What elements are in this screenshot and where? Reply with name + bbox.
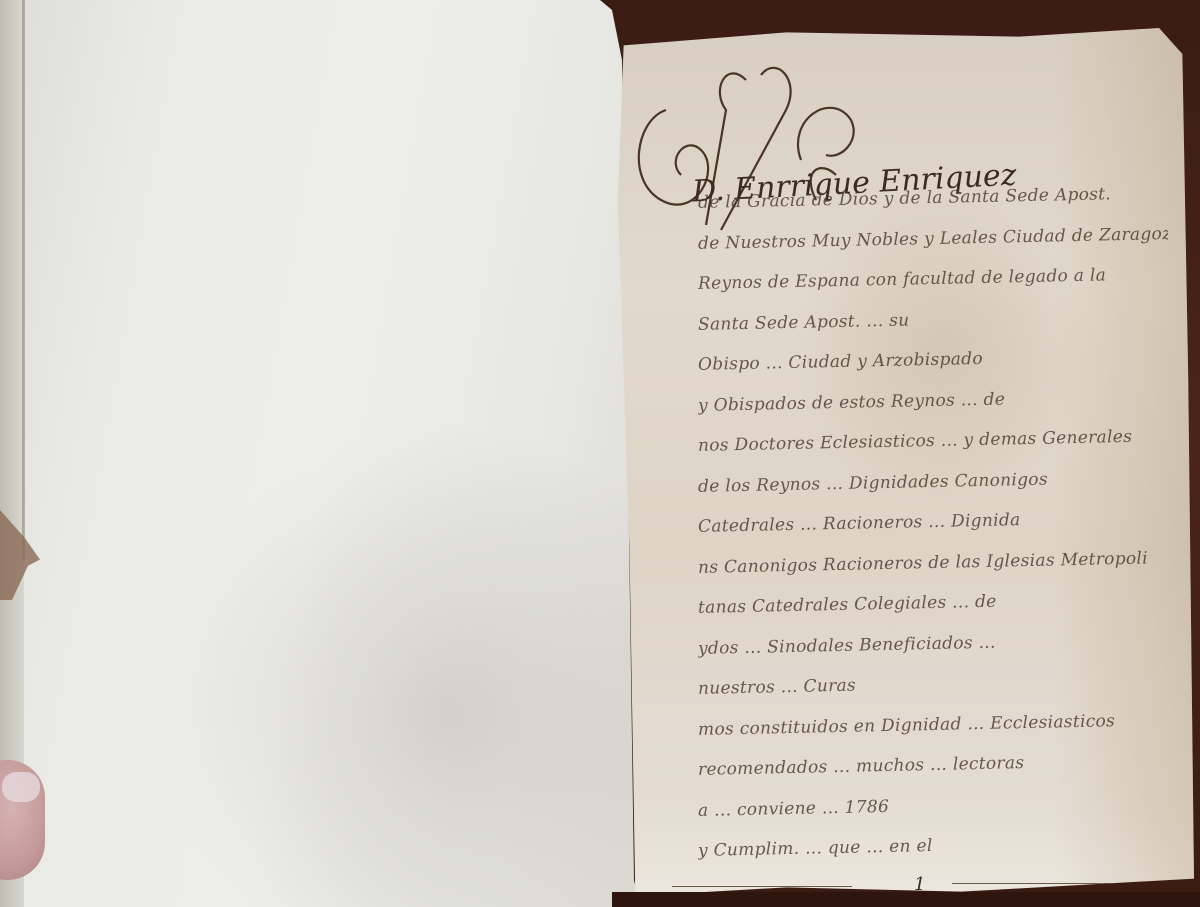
photo-scene: D. Enrrique Enriquez de la Gracia de Dio… <box>0 0 1200 907</box>
manuscript-right-page: D. Enrrique Enriquez de la Gracia de Dio… <box>612 28 1194 896</box>
manuscript-line: y Cumplim. ... que ... en el <box>698 821 1169 871</box>
thumbnail <box>2 772 40 802</box>
page-stack-line <box>22 0 25 560</box>
table-edge-bottom <box>612 892 1200 907</box>
bottom-rule-left <box>672 886 852 887</box>
manuscript-text-block: de la Gracia de Dios y de la Santa Sede … <box>698 178 1168 867</box>
page-shadow <box>160 420 640 907</box>
blank-left-page <box>0 0 640 907</box>
